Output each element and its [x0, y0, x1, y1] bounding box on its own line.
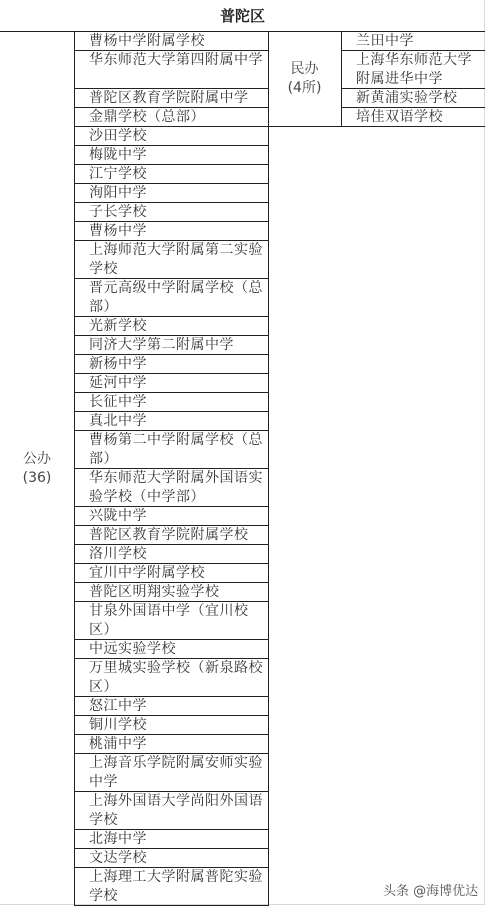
- school-row: 新黄浦实验学校: [342, 89, 485, 108]
- school-row: 怒江中学: [75, 697, 268, 716]
- school-row: 上海理工大学附属普陀实验学校: [75, 868, 268, 906]
- school-row: 铜川学校: [75, 716, 268, 735]
- private-label-text: 民办: [291, 60, 319, 79]
- school-row: 洛川学校: [75, 545, 268, 564]
- district-title: 普陀区: [0, 0, 485, 32]
- school-row: 同济大学第二附属中学: [75, 336, 268, 355]
- school-row: 延河中学: [75, 374, 268, 393]
- school-row: 上海师范大学附属第二实验学校: [75, 241, 268, 279]
- school-row: 金鼎学校（总部）: [75, 108, 268, 127]
- school-row: 晋元高级中学附属学校（总部）: [75, 279, 268, 317]
- school-row: 甘泉外国语中学（宜川校区）: [75, 602, 268, 640]
- school-row: 兴陇中学: [75, 507, 268, 526]
- school-row: 北海中学: [75, 830, 268, 849]
- private-schools-list: 兰田中学上海华东师范大学附属进华中学新黄浦实验学校培佳双语学校: [342, 32, 485, 127]
- school-row: 普陀区教育学院附属中学: [75, 89, 268, 108]
- watermark: 头条 @海博优达: [383, 880, 478, 899]
- school-row: 光新学校: [75, 317, 268, 336]
- school-row: 华东师范大学附属外国语实验学校（中学部）: [75, 469, 268, 507]
- school-row: 中远实验学校: [75, 640, 268, 659]
- school-row: 桃浦中学: [75, 735, 268, 754]
- school-row: 宜川中学附属学校: [75, 564, 268, 583]
- private-count: (4所): [288, 79, 322, 98]
- school-row: 文达学校: [75, 849, 268, 868]
- private-schools-label: 民办 (4所): [268, 32, 342, 127]
- school-row: 梅陇中学: [75, 146, 268, 165]
- school-row: 华东师范大学第四附属中学: [75, 51, 268, 89]
- school-row: 子长学校: [75, 203, 268, 222]
- public-label-text: 公办: [23, 450, 51, 469]
- school-row: 真北中学: [75, 412, 268, 431]
- school-row: 新杨中学: [75, 355, 268, 374]
- school-row: 兰田中学: [342, 32, 485, 51]
- school-row: 曹杨第二中学附属学校（总部）: [75, 431, 268, 469]
- school-row: 上海音乐学院附属安师实验中学: [75, 754, 268, 792]
- school-row: 长征中学: [75, 393, 268, 412]
- public-schools-label: 公办 (36): [0, 32, 74, 905]
- school-row: 普陀区教育学院附属学校: [75, 526, 268, 545]
- school-row: 培佳双语学校: [342, 108, 485, 127]
- school-row: 洵阳中学: [75, 184, 268, 203]
- public-count: (36): [23, 469, 52, 488]
- school-row: 上海华东师范大学附属进华中学: [342, 51, 485, 89]
- school-row: 江宁学校: [75, 165, 268, 184]
- school-row: 曹杨中学附属学校: [75, 32, 268, 51]
- school-row: 上海外国语大学尚阳外国语学校: [75, 792, 268, 830]
- school-row: 曹杨中学: [75, 222, 268, 241]
- school-row: 沙田学校: [75, 127, 268, 146]
- school-row: 万里城实验学校（新泉路校区）: [75, 659, 268, 697]
- public-schools-list: 曹杨中学附属学校华东师范大学第四附属中学普陀区教育学院附属中学金鼎学校（总部）沙…: [74, 32, 269, 906]
- school-row: 普陀区明翔实验学校: [75, 583, 268, 602]
